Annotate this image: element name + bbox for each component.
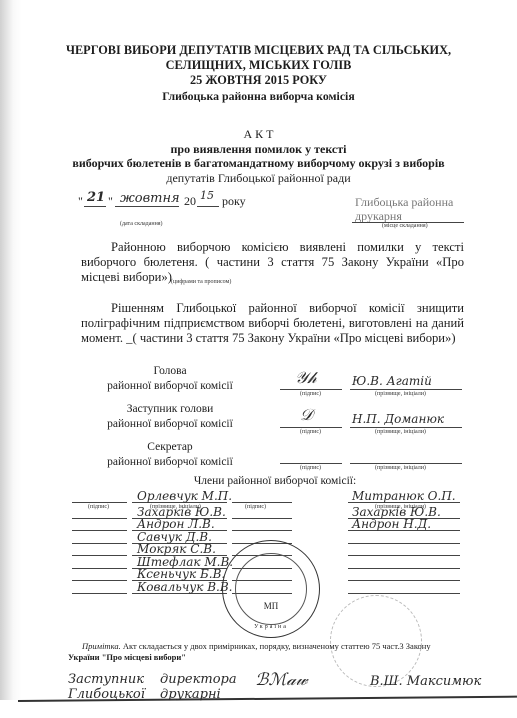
- member-signature-caption-2: (підпис): [245, 504, 266, 510]
- member-signature-line-2: [232, 530, 292, 531]
- scanned-document-page: ЧЕРГОВІ ВИБОРИ ДЕПУТАТІВ МІСЦЕВИХ РАД ТА…: [0, 0, 517, 718]
- header-line-1: ЧЕРГОВІ ВИБОРИ ДЕПУТАТІВ МІСЦЕВИХ РАД ТА…: [0, 43, 517, 58]
- member-signature-line-2: [232, 502, 292, 503]
- election-date: 25 ЖОВТНЯ 2015 РОКУ: [0, 73, 517, 88]
- act-subtitle-2: виборчих бюлетенів в багатомандатному ви…: [0, 156, 517, 171]
- deputy-signature: 𝒟: [300, 405, 313, 425]
- date-month: жовтня: [120, 191, 180, 206]
- note-line-1: Примітка. Акт складається у двох примірн…: [82, 641, 431, 651]
- member-signature-line: [72, 555, 127, 556]
- director-name: В.Ш. Максимюк: [370, 674, 481, 689]
- member-name-left: Андрон Л.В.: [137, 517, 215, 531]
- date-year: 15: [200, 189, 214, 202]
- member-signature-line: [72, 518, 127, 519]
- act-subtitle-1: про виявлення помилок у тексті: [0, 142, 517, 157]
- member-name-line-2: [348, 593, 460, 594]
- member-signature-caption: (підпис): [88, 504, 109, 510]
- members-title: Члени районної виборчої комісії:: [160, 475, 390, 487]
- member-name-right: Андрон Н.Д.: [352, 517, 431, 531]
- member-name-caption: (прізвище, ініціали): [150, 504, 201, 510]
- member-signature-line-2: [232, 518, 292, 519]
- member-name-line-2: [348, 555, 460, 556]
- director-signature: ℬℳ𝒶𝓌: [255, 670, 308, 690]
- act-title: А К Т: [0, 127, 517, 142]
- commission-name: Глибоцька районна виборча комісія: [0, 89, 517, 104]
- scan-shadow-edge: [0, 0, 22, 700]
- member-name-left: Орлевчук М.П.: [137, 489, 232, 503]
- act-subtitle-3: депутатів Глибоцької районної ради: [0, 171, 517, 186]
- member-signature-line: [72, 593, 127, 594]
- deputy-name: Н.П. Доманюк: [352, 412, 444, 426]
- chair-signature: 𝒴𝒽: [295, 368, 317, 388]
- place-line-1: Глибоцька районна: [355, 195, 453, 210]
- paragraph1-caption: (цифрами та прописом): [171, 279, 231, 285]
- stamp-center-text: МП: [223, 601, 319, 611]
- member-signature-line: [72, 568, 127, 569]
- header-line-2: СЕЛИЩНИХ, МІСЬКИХ ГОЛІВ: [0, 58, 517, 73]
- note-label: Примітка.: [82, 641, 121, 651]
- member-name-left: Мокряк С.В.: [137, 542, 216, 556]
- date-caption: (дата складання): [120, 221, 163, 227]
- member-name-line-2: [348, 543, 460, 544]
- member-signature-line: [72, 543, 127, 544]
- member-signature-line: [72, 580, 127, 581]
- chair-name: Ю.В. Агатій: [352, 374, 432, 388]
- member-name-caption-2: (прізвище, ініціали): [375, 504, 426, 510]
- member-name-line-2: [348, 568, 460, 569]
- note-line-2: України "Про місцеві вибори": [68, 652, 186, 662]
- paragraph-decision: Рішенням Глибоцької районної виборчої ко…: [81, 301, 464, 346]
- place-caption: (місце складання): [382, 223, 428, 229]
- member-name-left: Ковальчук В.В.: [137, 580, 233, 594]
- official-stamp: МП Україна: [222, 540, 320, 638]
- member-signature-line: [72, 502, 127, 503]
- member-name-right: Митранюк О.П.: [352, 489, 456, 503]
- paragraph-errors-found: Районною виборчою комісією виявлені поми…: [81, 240, 464, 285]
- stamp-ring-text: Україна: [223, 624, 319, 630]
- member-name-left: Ксеньчук Б.В.: [137, 567, 225, 581]
- member-name-line-2: [348, 580, 460, 581]
- member-signature-line: [72, 530, 127, 531]
- date-day: 21: [87, 190, 105, 205]
